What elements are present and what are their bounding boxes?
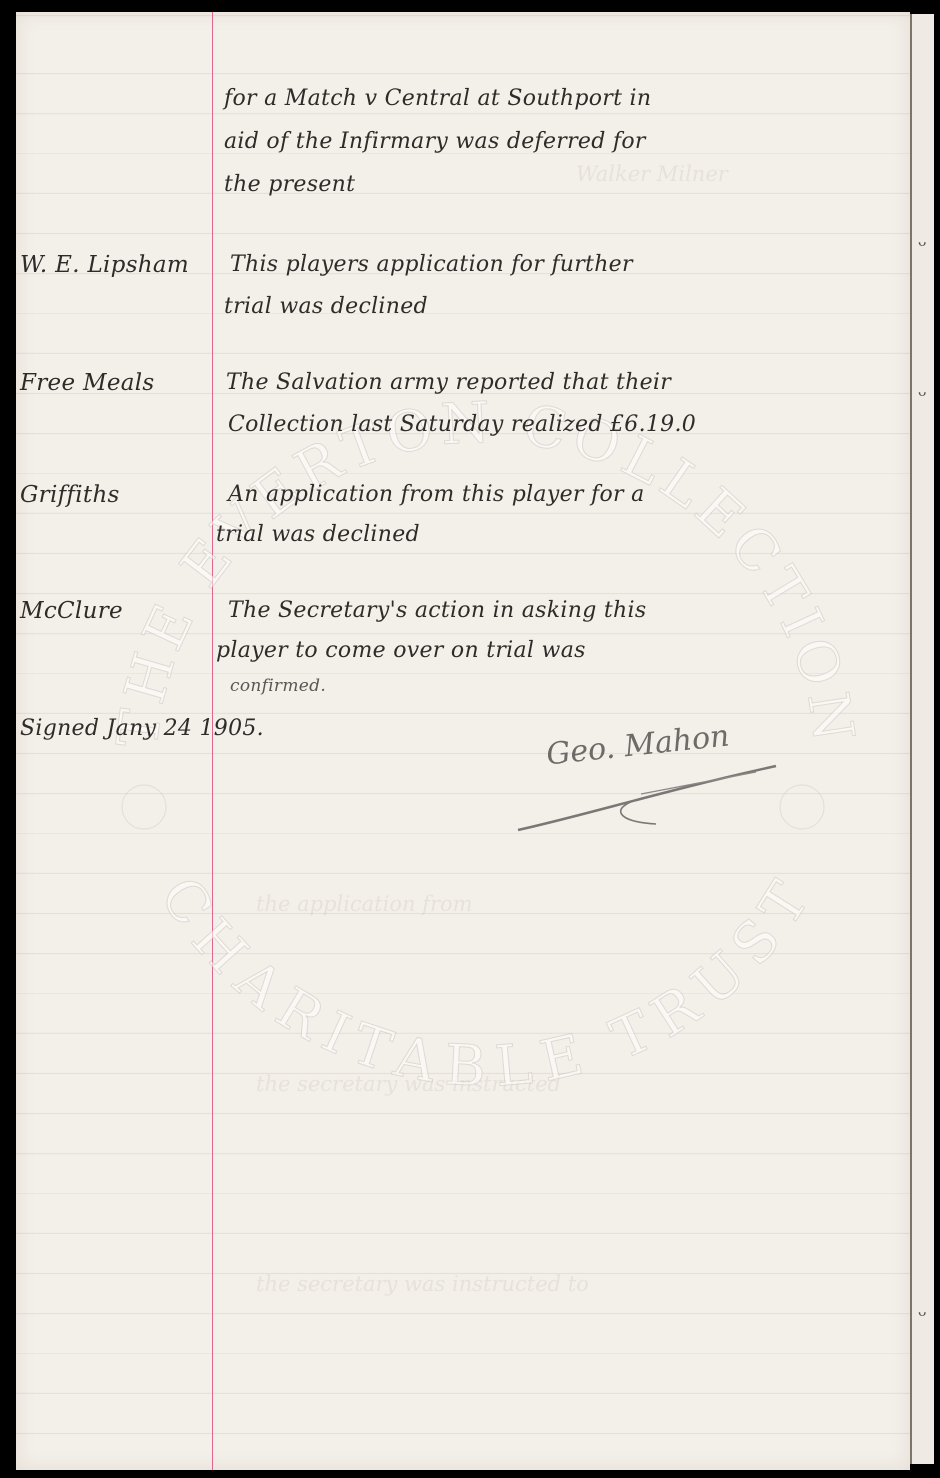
entry-line: The Salvation army reported that their: [226, 370, 671, 395]
entry-line: trial was declined: [224, 294, 428, 319]
entry-label: Free Meals: [20, 370, 155, 396]
entry-label: W. E. Lipsham: [20, 252, 189, 278]
continuation-line: for a Match v Central at Southport in: [224, 86, 651, 111]
svg-text:THE EVERTON COLLECTION: THE EVERTON COLLECTION: [105, 390, 866, 752]
watermark: THE EVERTON COLLECTION CHARITABLE TRUST: [16, 12, 910, 1470]
svg-text:CHARITABLE TRUST: CHARITABLE TRUST: [147, 866, 825, 1100]
continuation-line: aid of the Infirmary was deferred for: [224, 129, 646, 154]
entry-label: Griffiths: [20, 482, 120, 508]
signed-date: Signed Jany 24 1905.: [20, 716, 264, 741]
continuation-line: the present: [224, 172, 355, 197]
entry-line: confirmed.: [230, 676, 326, 696]
ledger-page: Walker Milner the application from the s…: [16, 12, 910, 1470]
signature-flourish: [516, 760, 796, 840]
entry-line: trial was declined: [216, 522, 420, 547]
entry-line: player to come over on trial was: [216, 638, 586, 663]
adjacent-page-edge: ᴗ ᴗ ᴗ: [910, 14, 934, 1464]
watermark-top-arc: THE EVERTON COLLECTION: [105, 390, 866, 752]
watermark-bottom-arc: CHARITABLE TRUST: [147, 866, 825, 1100]
entry-label: McClure: [20, 598, 123, 624]
entry-line: An application from this player for a: [228, 482, 645, 507]
entry-line: Collection last Saturday realized £6.19.…: [228, 412, 696, 437]
entry-line: The Secretary's action in asking this: [228, 598, 646, 623]
entry-line: This players application for further: [230, 252, 633, 277]
